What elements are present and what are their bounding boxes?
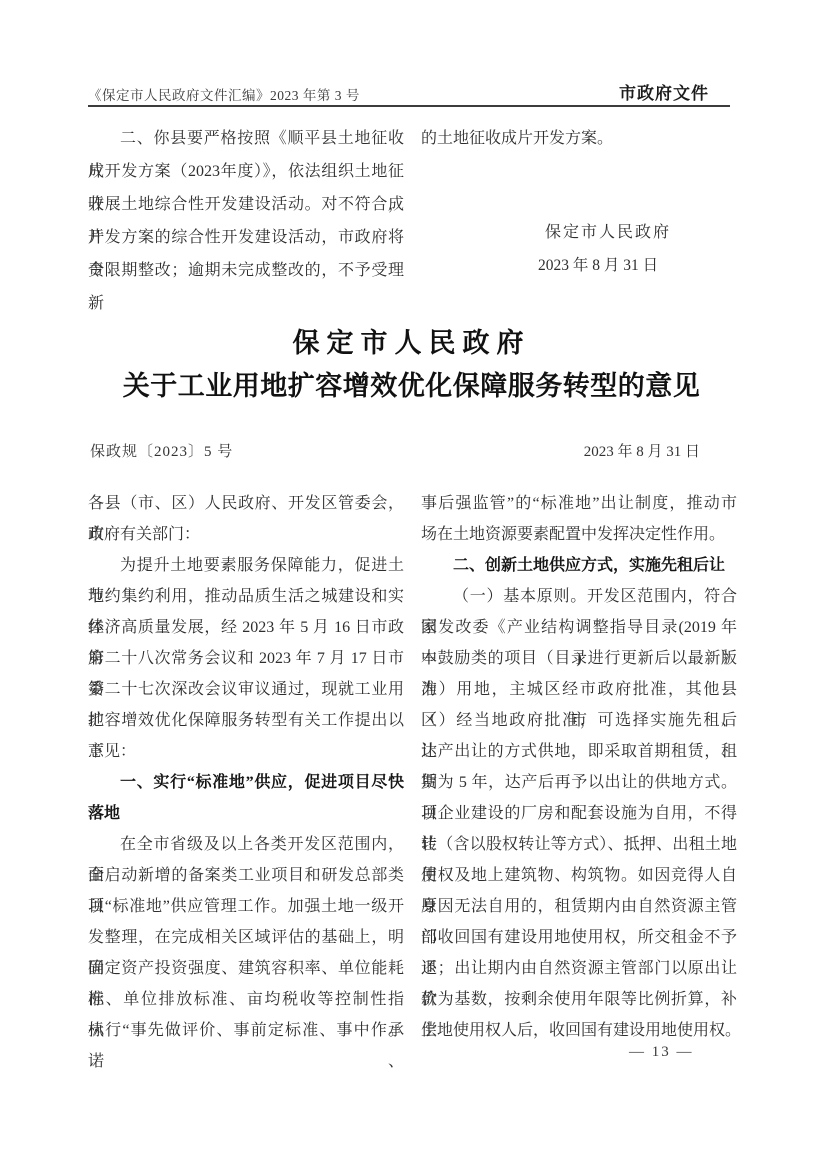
text-line: 执行“事先做评价、事前定标准、事中作承诺、 [88,1015,404,1046]
text-line: 发整理，在完成相关区域评估的基础上，明确 [88,922,404,953]
text-line: 达产出让的方式供地，即采取首期租赁，租赁 [421,736,737,767]
text-line: 家发改委《产业结构调整指导目录(2019 年本)》 [421,612,737,643]
text-line: 经济高质量发展，经 2023 年 5 月 16 日市政府 [88,612,404,643]
text-line: 土地使用权人后，收回国有建设用地使用权。 [421,1015,737,1046]
text-line: 的土地征收成片开发方案。 [421,122,737,155]
text-line: 各县（市、区）人民政府、开发区管委会，市 [88,488,404,519]
text-line: 意见： [88,736,404,767]
title-line-subject: 关于工业用地扩容增效优化保障服务转型的意见 [88,364,735,408]
text-line: 区）经当地政府批准，可选择实施先租后让、 [421,705,737,736]
text-line: 开发方案的综合性开发建设活动，市政府将责 [88,221,404,254]
document-title: 保定市人民政府 关于工业用地扩容增效优化保障服务转型的意见 [88,322,735,408]
text-line: 在全市省级及以上各类开发区范围内，全 [88,829,404,860]
text-line: 原因无法自用的，租赁期内由自然资源主管部 [421,891,737,922]
text-line: 准、单位排放标准、亩均税收等控制性指标。 [88,984,404,1015]
text-line: 用权及地上建筑物、构筑物。如因竞得人自身 [421,860,737,891]
text-line: 让（含以股权转让等方式）、抵押、出租土地使 [421,829,737,860]
text-line: 面启动新增的备案类工业项目和研发总部类项 [88,860,404,891]
text-line: 款为基数，按剩余使用年限等比例折算，补偿 [421,984,737,1015]
text-line: 扩容增效优化保障服务转型有关工作提出以下 [88,705,404,736]
text-line: 事后强监管”的“标准地”出让制度，推动市 [421,488,737,519]
text-line: 还；出让期内由自然资源主管部门以原出让价 [421,953,737,984]
body-left-column: 各县（市、区）人民政府、开发区管委会，市政府有关部门：为提升土地要素服务保障能力… [88,488,404,1046]
signature-authority: 保定市人民政府 [545,219,671,242]
text-line: 二、创新土地供应方式，实施先租后让 [421,550,737,581]
text-line: 第二十八次常务会议和 2023 年 7 月 17 日市委 [88,643,404,674]
text-line: 节约集约利用，推动品质生活之城建设和实体 [88,581,404,612]
text-line: 第二十七次深改会议审议通过，现就工业用地 [88,674,404,705]
text-line: 令限期整改；逾期未完成整改的，不予受理新 [88,254,404,287]
prev-doc-right-column: 的土地征收成片开发方案。 [421,122,737,155]
text-line: 中鼓励类的项目（目录进行更新后以最新版为 [421,643,737,674]
text-line: 片开发方案（2023年度）》，依法组织土地征收， [88,155,404,188]
header-doc-type-label: 市政府文件 [619,79,709,104]
text-line: 期为 5 年，达产后再予以出让的供地方式。项 [421,767,737,798]
text-line: 准）用地，主城区经市政府批准，其他县（市、 [421,674,737,705]
page-number: — 13 — [629,1044,694,1061]
text-line: 门收回国有建设用地使用权，所交租金不予退 [421,922,737,953]
text-line: 政府有关部门： [88,519,404,550]
text-line: 固定资产投资强度、建筑容积率、单位能耗标 [88,953,404,984]
body-right-column: 事后强监管”的“标准地”出让制度，推动市场在土地资源要素配置中发挥决定性作用。二… [421,488,737,1046]
text-line: 目企业建设的厂房和配套设施为自用，不得转 [421,798,737,829]
header-compilation-label: 《保定市人民政府文件汇编》2023 年第 3 号 [88,84,360,104]
doc-number: 保政规〔2023〕5 号 [90,440,233,461]
text-line: 场在土地资源要素配置中发挥决定性作用。 [421,519,737,550]
header-rule [88,105,730,107]
text-line: （一）基本原则。开发区范围内，符合国 [421,581,737,612]
signature-date: 2023 年 8 月 31 日 [538,253,658,275]
text-line: 一、实行“标准地”供应，促进项目尽快 [88,767,404,798]
text-line: 落地 [88,798,404,829]
prev-doc-left-column: 二、你县要严格按照《顺平县土地征收成片开发方案（2023年度）》，依法组织土地征… [88,122,404,287]
text-line: 为提升土地要素服务保障能力，促进土地 [88,550,404,581]
text-line: 目“标准地”供应管理工作。加强土地一级开 [88,891,404,922]
doc-date: 2023 年 8 月 31 日 [584,440,700,461]
document-page: 《保定市人民政府文件汇编》2023 年第 3 号 市政府文件 二、你县要严格按照… [0,0,817,1156]
text-line: 开展土地综合性开发建设活动。对不符合成片 [88,188,404,221]
title-line-authority: 保定市人民政府 [88,322,735,364]
text-line: 二、你县要严格按照《顺平县土地征收成 [88,122,404,155]
